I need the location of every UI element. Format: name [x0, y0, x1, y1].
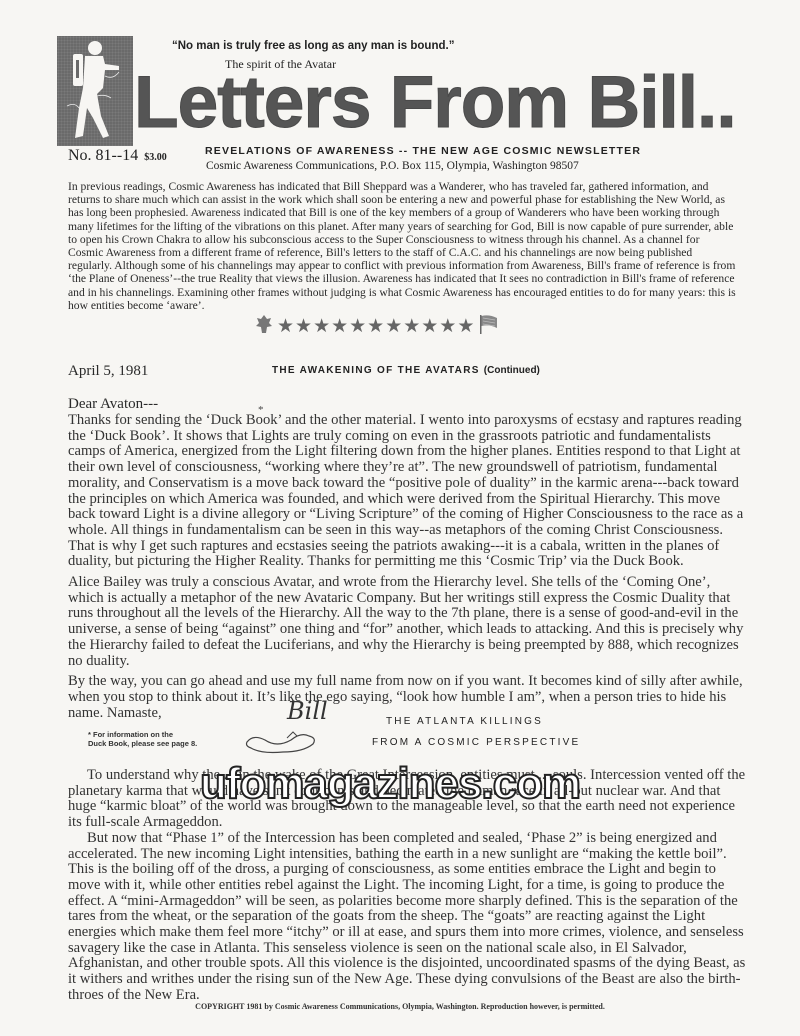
article-title-line2: FROM A COSMIC PERSPECTIVE [372, 737, 580, 748]
flag-icon [479, 313, 499, 340]
letter-body: Thanks for sending the ‘Duck Book’ and t… [68, 413, 748, 726]
copyright-notice: COPYRIGHT 1981 by Cosmic Awareness Commu… [0, 1002, 800, 1011]
intro-paragraph: In previous readings, Cosmic Awareness h… [68, 180, 736, 312]
article-title-line1: THE ATLANTA KILLINGS [386, 716, 543, 727]
section-title-text: THE AWAKENING OF THE AVATARS [272, 365, 480, 376]
signature: Bill [287, 697, 328, 725]
letter-date: April 5, 1981 [68, 363, 148, 380]
newsletter-subtitle: REVELATIONS OF AWARENESS -- THE NEW AGE … [205, 145, 641, 157]
hiker-silhouette-icon [57, 36, 133, 146]
footnote-line: Duck Book, please see page 8. [88, 739, 197, 748]
logo [57, 36, 133, 146]
section-title-suffix: (Continued) [484, 365, 540, 376]
section-title: THE AWAKENING OF THE AVATARS (Continued) [272, 365, 540, 376]
letter-paragraph: Alice Bailey was truly a conscious Avata… [68, 575, 748, 669]
letter-paragraph: By the way, you can go ahead and use my … [68, 674, 748, 721]
issue-number: No. 81--14 [68, 147, 138, 164]
stars-row: ★★★★★★★★★★★ [277, 317, 475, 336]
masthead-quote: “No man is truly free as long as any man… [172, 40, 454, 52]
letter-paragraph: Thanks for sending the ‘Duck Book’ and t… [68, 413, 748, 570]
issue-price: $3.00 [144, 152, 167, 163]
watermark: ufomagazines.com [200, 762, 580, 806]
publisher-address: Cosmic Awareness Communications, P.O. Bo… [206, 160, 579, 172]
newsletter-title: Letters From Bill.. [134, 66, 736, 139]
letter-salutation: Dear Avaton--- [68, 396, 158, 413]
newsletter-page: “No man is truly free as long as any man… [0, 0, 800, 1036]
duck-sketch-icon [243, 728, 323, 758]
ornamental-divider: ★★★★★★★★★★★ [255, 313, 555, 339]
footnote-line: * For information on the [88, 730, 197, 739]
eagle-icon [255, 313, 273, 340]
issue-number-block: No. 81--14$3.00 [68, 147, 167, 165]
footnote: * For information on the Duck Book, plea… [88, 730, 197, 748]
article-paragraph: But now that “Phase 1” of the Intercessi… [68, 831, 752, 1004]
